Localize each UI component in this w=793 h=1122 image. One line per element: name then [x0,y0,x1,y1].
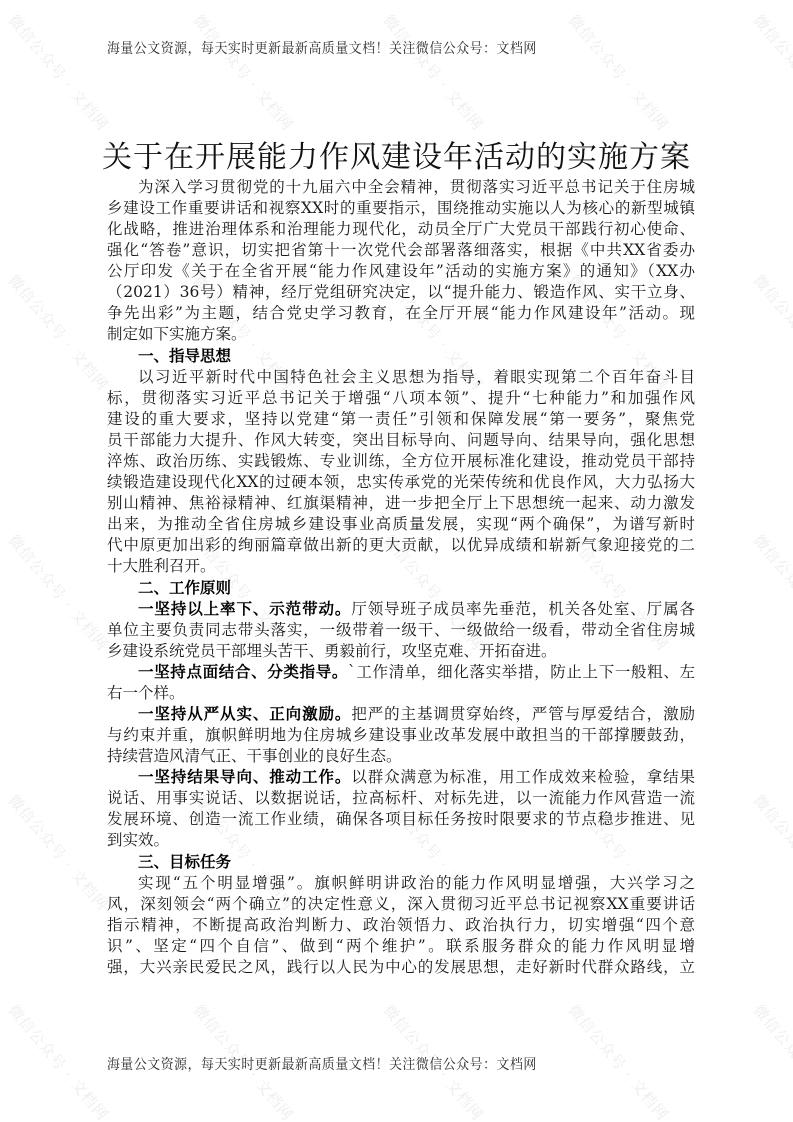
paragraph-line: 别山精神、焦裕禄精神、红旗渠精神，进一步把全厅上下思想统一起来、动力激发 [107,493,695,514]
paragraph-line: 指示精神，不断提高政治判断力、政治领悟力、政治执行力，切实增强“四个意 [107,915,695,936]
section3-paragraph: 实现“五个明显增强”。旗帜鲜明讲政治的能力作风明显增强，大兴学习之 风，深刻领会… [107,873,695,978]
paragraph-line: 识”、坚定“四个自信”、做到“两个维护”。联系服务群众的能力作风明显增 [107,936,695,957]
paragraph-line: 标，贯彻落实习近平总书记关于增强“八项本领”、提升“七种能力”和加强作风 [107,388,695,409]
principle-text: `工作清单，细化落实举措，防止上下一般粗、左 [348,663,695,681]
paragraph-line: 一坚持结果导向、推动工作。以群众满意为标准，用工作成效来检验，拿结果 [107,767,695,788]
paragraph-line: 化战略，推进治理体系和治理能力现代化，动员全厅广大党员干部践行初心使命、 [107,219,695,240]
paragraph-line: 风，深刻领会“两个确立”的决定性意义，深入贯彻习近平总书记视察XX重要讲话 [107,894,695,915]
principle-text: 厅领导班子成员率先垂范，机关各处室、厅属各 [351,600,695,618]
principle-item: 一坚持点面结合、分类指导。`工作清单，细化落实举措，防止上下一般粗、左 右一个样… [107,662,695,704]
paragraph-line: 与约束并重，旗帜鲜明地为住房城乡建设事业改革发展中敢担当的干部撑腰鼓劲， [107,725,695,746]
paragraph-line: 争先出彩”为主题，结合党史学习教育，在全厅开展“能力作风建设年”活动。现 [107,303,695,324]
paragraph-line: 说话、用事实说话、以数据说话，拉高标杆、对标先进，以一流能力作风营造一流 [107,788,695,809]
paragraph-line: 建设的重大要求，坚持以党建“第一责任”引领和保障发展“第一要务”，聚焦党 [107,409,695,430]
principle-text: 以群众满意为标准，用工作成效来检验，拿结果 [351,768,695,786]
paragraph-line: 代中原更加出彩的绚丽篇章做出新的更大贡献，以优异成绩和崭新气象迎接党的二 [107,535,695,556]
paragraph-line: 十大胜利召开。 [107,556,695,577]
principle-title: 一坚持结果导向、推动工作。 [138,768,351,786]
paragraph-line: 一坚持从严从实、正向激励。把严的主基调贯穿始终，严管与厚爱结合，激励 [107,704,695,725]
principle-text: 把严的主基调贯穿始终，严管与厚爱结合，激励 [351,705,695,723]
intro-paragraph: 为深入学习贯彻党的十九届六中全会精神，贯彻落实习近平总书记关于住房城 乡建设工作… [107,177,695,345]
paragraph-line: 实现“五个明显增强”。旗帜鲜明讲政治的能力作风明显增强，大兴学习之 [107,873,695,894]
principle-item: 一坚持从严从实、正向激励。把严的主基调贯穿始终，严管与厚爱结合，激励 与约束并重… [107,704,695,767]
principle-title: 一坚持从严从实、正向激励。 [138,705,351,723]
paragraph-line: 乡建设系统党员干部埋头苦干、勇毅前行，攻坚克难、开拓奋进。 [107,641,695,662]
paragraph-line: 一坚持点面结合、分类指导。`工作清单，细化落实举措，防止上下一般粗、左 [107,662,695,683]
principle-item: 一坚持以上率下、示范带动。厅领导班子成员率先垂范，机关各处室、厅属各 单位主要负… [107,599,695,662]
paragraph-line: 到实效。 [107,830,695,851]
section-heading-guiding-ideology: 一、指导思想 [107,345,695,367]
paragraph-line: 强，大兴亲民爱民之风，践行以人民为中心的发展思想，走好新时代群众路线，立 [107,957,695,978]
paragraph-line: 出来，为推动全省住房城乡建设事业高质量发展，实现“两个确保”，为谱写新时 [107,514,695,535]
paragraph-line: 公厅印发《关于在全省开展“能力作风建设年”活动的实施方案》的通知》（XX办 [107,261,695,282]
principle-item: 一坚持结果导向、推动工作。以群众满意为标准，用工作成效来检验，拿结果 说话、用事… [107,767,695,851]
principle-title: 一坚持以上率下、示范带动。 [138,600,351,618]
paragraph-line: 一坚持以上率下、示范带动。厅领导班子成员率先垂范，机关各处室、厅属各 [107,599,695,620]
paragraph-line: 乡建设工作重要讲话和视察XX时的重要指示，围绕推动实施以人为核心的新型城镇 [107,198,695,219]
paragraph-line: 强化“答卷”意识，切实把省第十一次党代会部署落细落实，根据《中共XX省委办 [107,240,695,261]
paragraph-line: 为深入学习贯彻党的十九届六中全会精神，贯彻落实习近平总书记关于住房城 [107,177,695,198]
paragraph-line: （2021）36号）精神，经厅党组研究决定，以“提升能力、锻造作风、实干立身、 [107,282,695,303]
paragraph-line: 以习近平新时代中国特色社会主义思想为指导，着眼实现第二个百年奋斗目 [107,367,695,388]
paragraph-line: 淬炼、政治历练、实践锻炼、专业训练，全方位开展标准化建设，推动党员干部持 [107,451,695,472]
principle-title: 一坚持点面结合、分类指导。 [138,663,348,681]
paragraph-line: 制定如下实施方案。 [107,324,695,345]
page-header-note: 海量公文资源，每天实时更新最新高质量文档！关注微信公众号：文档网 [107,38,537,58]
paragraph-line: 右一个样。 [107,683,695,704]
page-footer-note: 海量公文资源，每天实时更新最新高质量文档！关注微信公众号：文档网 [107,1054,537,1074]
paragraph-line: 续锻造建设现代化XX的过硬本领，忠实传承党的光荣传统和优良作风，大力弘扬大 [107,472,695,493]
document-title: 关于在开展能力作风建设年活动的实施方案 [0,138,793,178]
paragraph-line: 持续营造风清气正、干事创业的良好生态。 [107,746,695,767]
section1-paragraph: 以习近平新时代中国特色社会主义思想为指导，着眼实现第二个百年奋斗目 标，贯彻落实… [107,367,695,577]
paragraph-line: 员干部能力大提升、作风大转变，突出目标导向、问题导向、结果导向，强化思想 [107,430,695,451]
section-heading-working-principles: 二、工作原则 [107,577,695,599]
document-body: 为深入学习贯彻党的十九届六中全会精神，贯彻落实习近平总书记关于住房城 乡建设工作… [107,177,695,978]
document-page: 海量公文资源，每天实时更新最新高质量文档！关注微信公众号：文档网 关于在开展能力… [0,0,793,1122]
paragraph-line: 发展环境、创造一流工作业绩，确保各项目标任务按时限要求的节点稳步推进、见 [107,809,695,830]
paragraph-line: 单位主要负责同志带头落实，一级带着一级干、一级做给一级看，带动全省住房城 [107,620,695,641]
section-heading-target-tasks: 三、目标任务 [107,851,695,873]
